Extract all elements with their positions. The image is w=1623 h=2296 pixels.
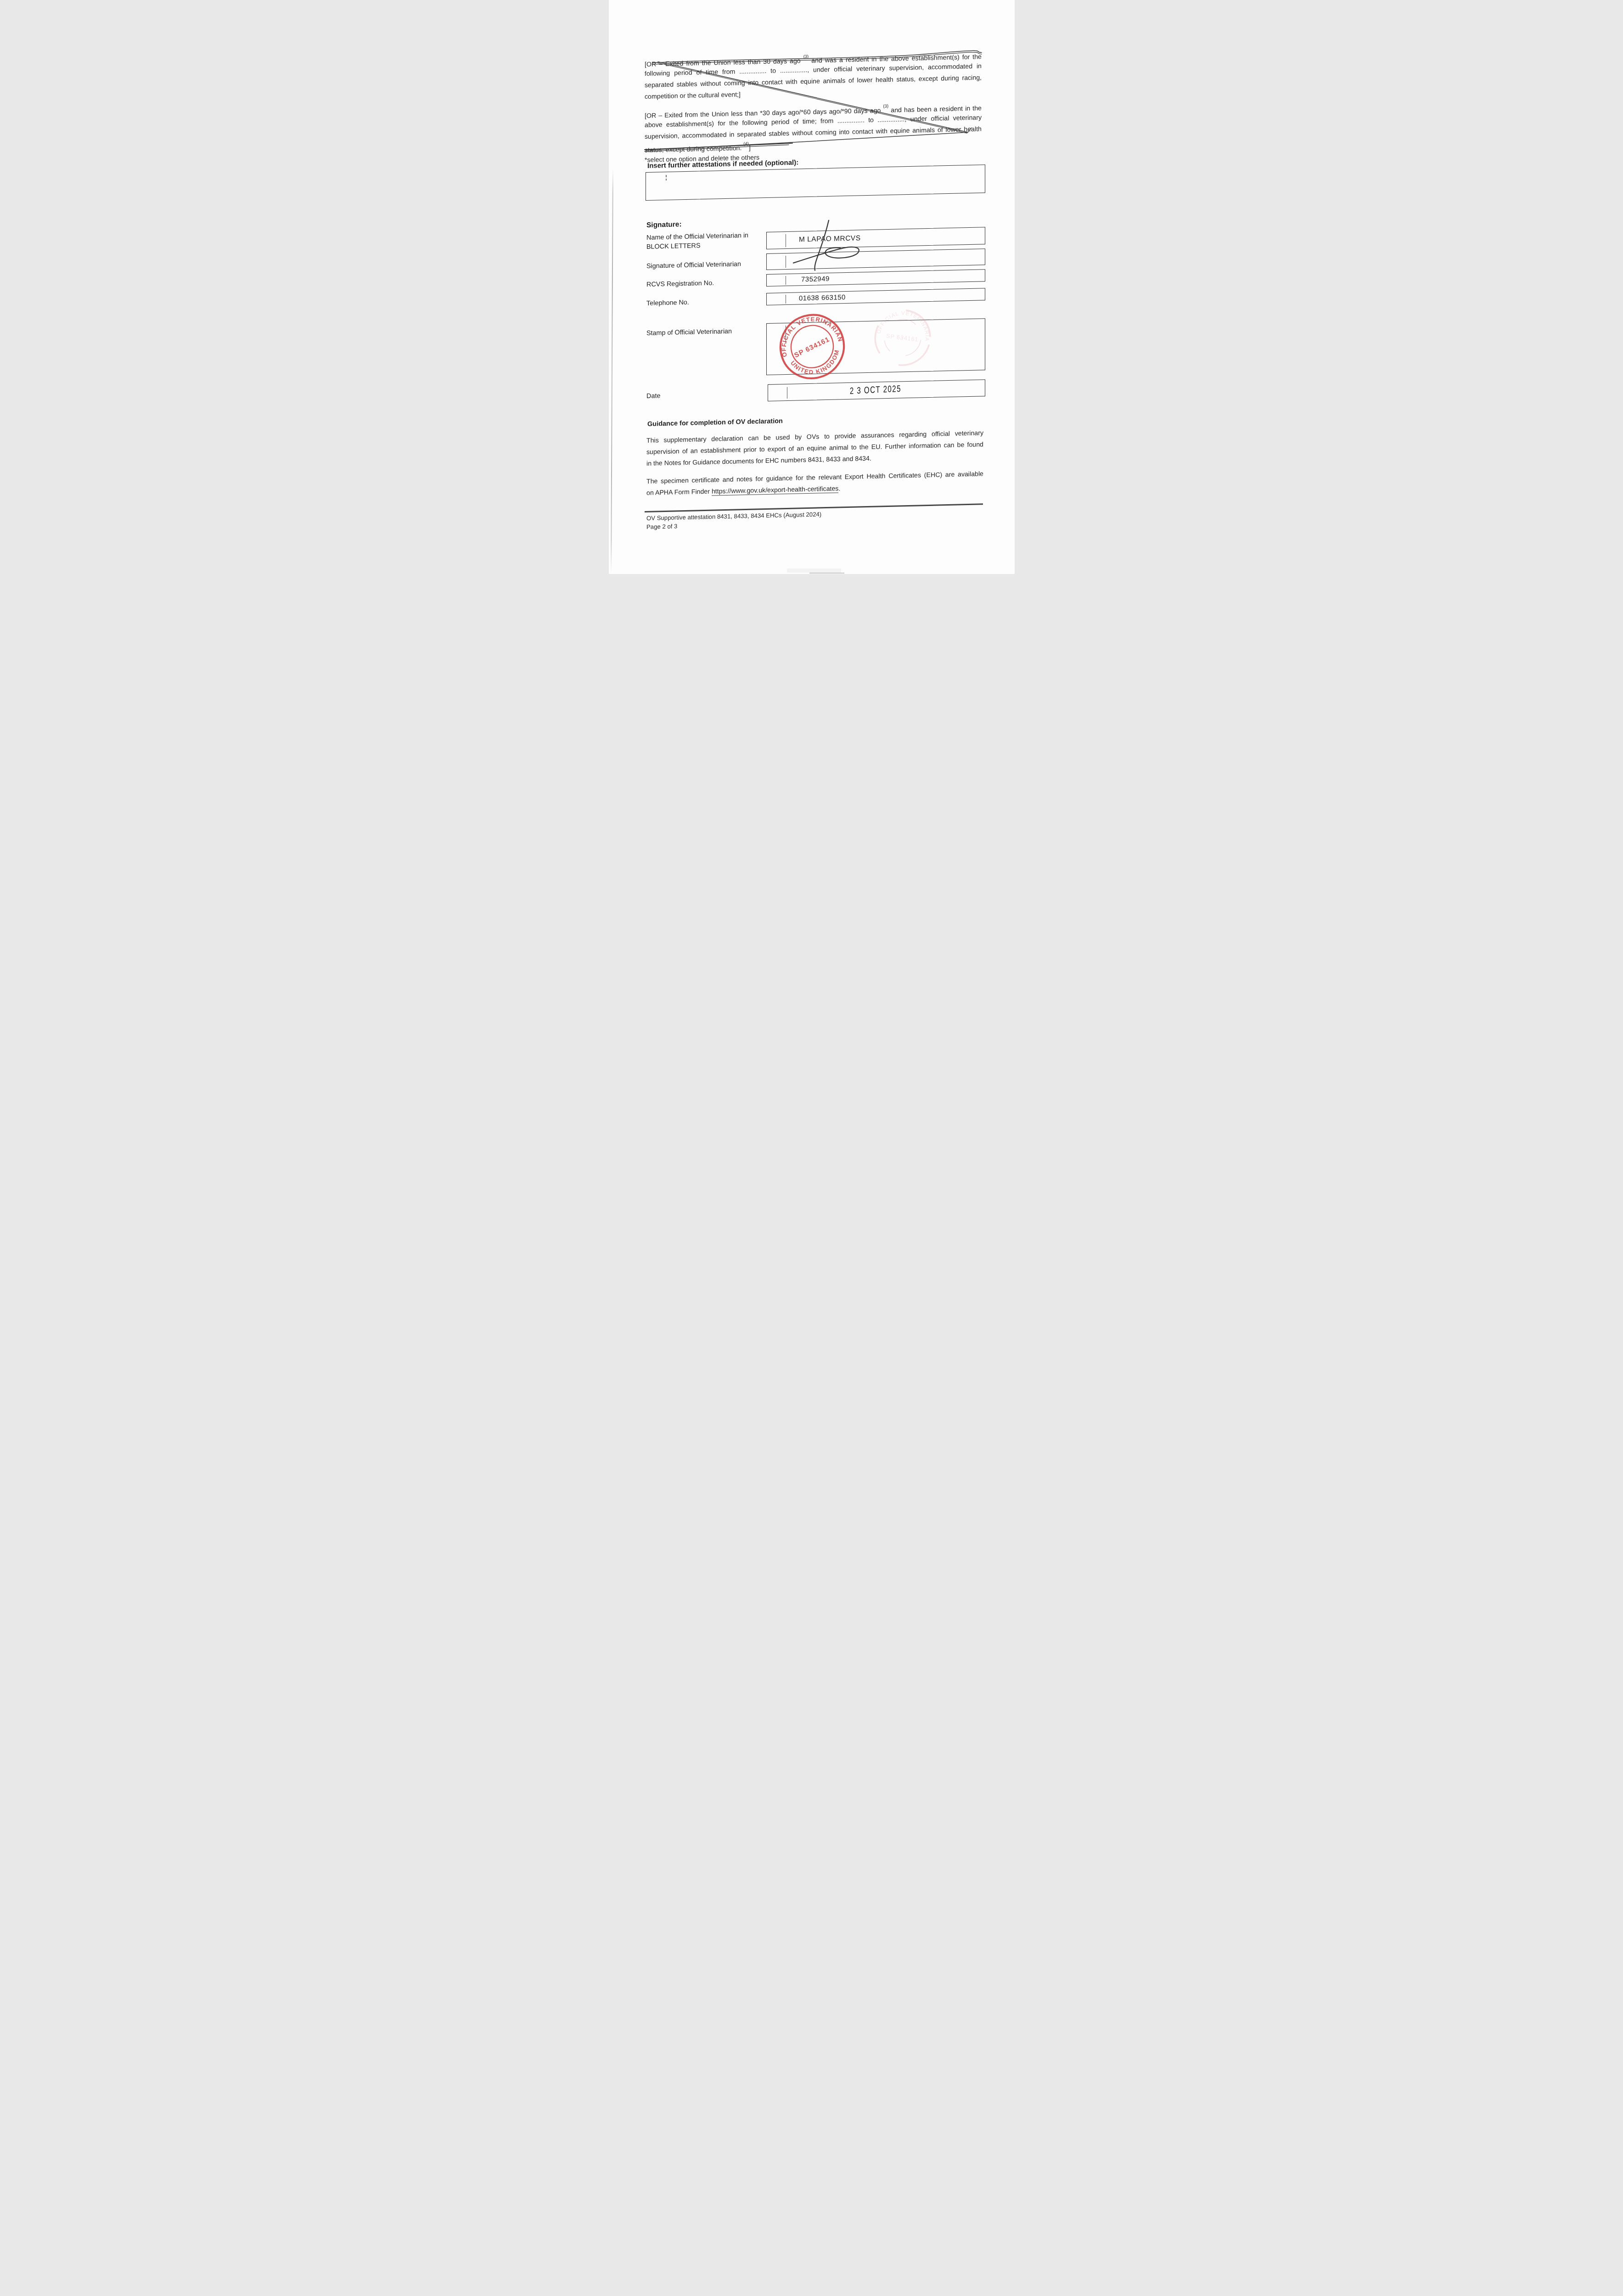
scanned-document-page: [OR – Exited from the Union less than 30… bbox=[609, 0, 1015, 574]
document-sheet: [OR – Exited from the Union less than 30… bbox=[609, 0, 1015, 574]
bottom-edge-artifact bbox=[809, 573, 844, 574]
handwritten-signature bbox=[609, 0, 1015, 574]
